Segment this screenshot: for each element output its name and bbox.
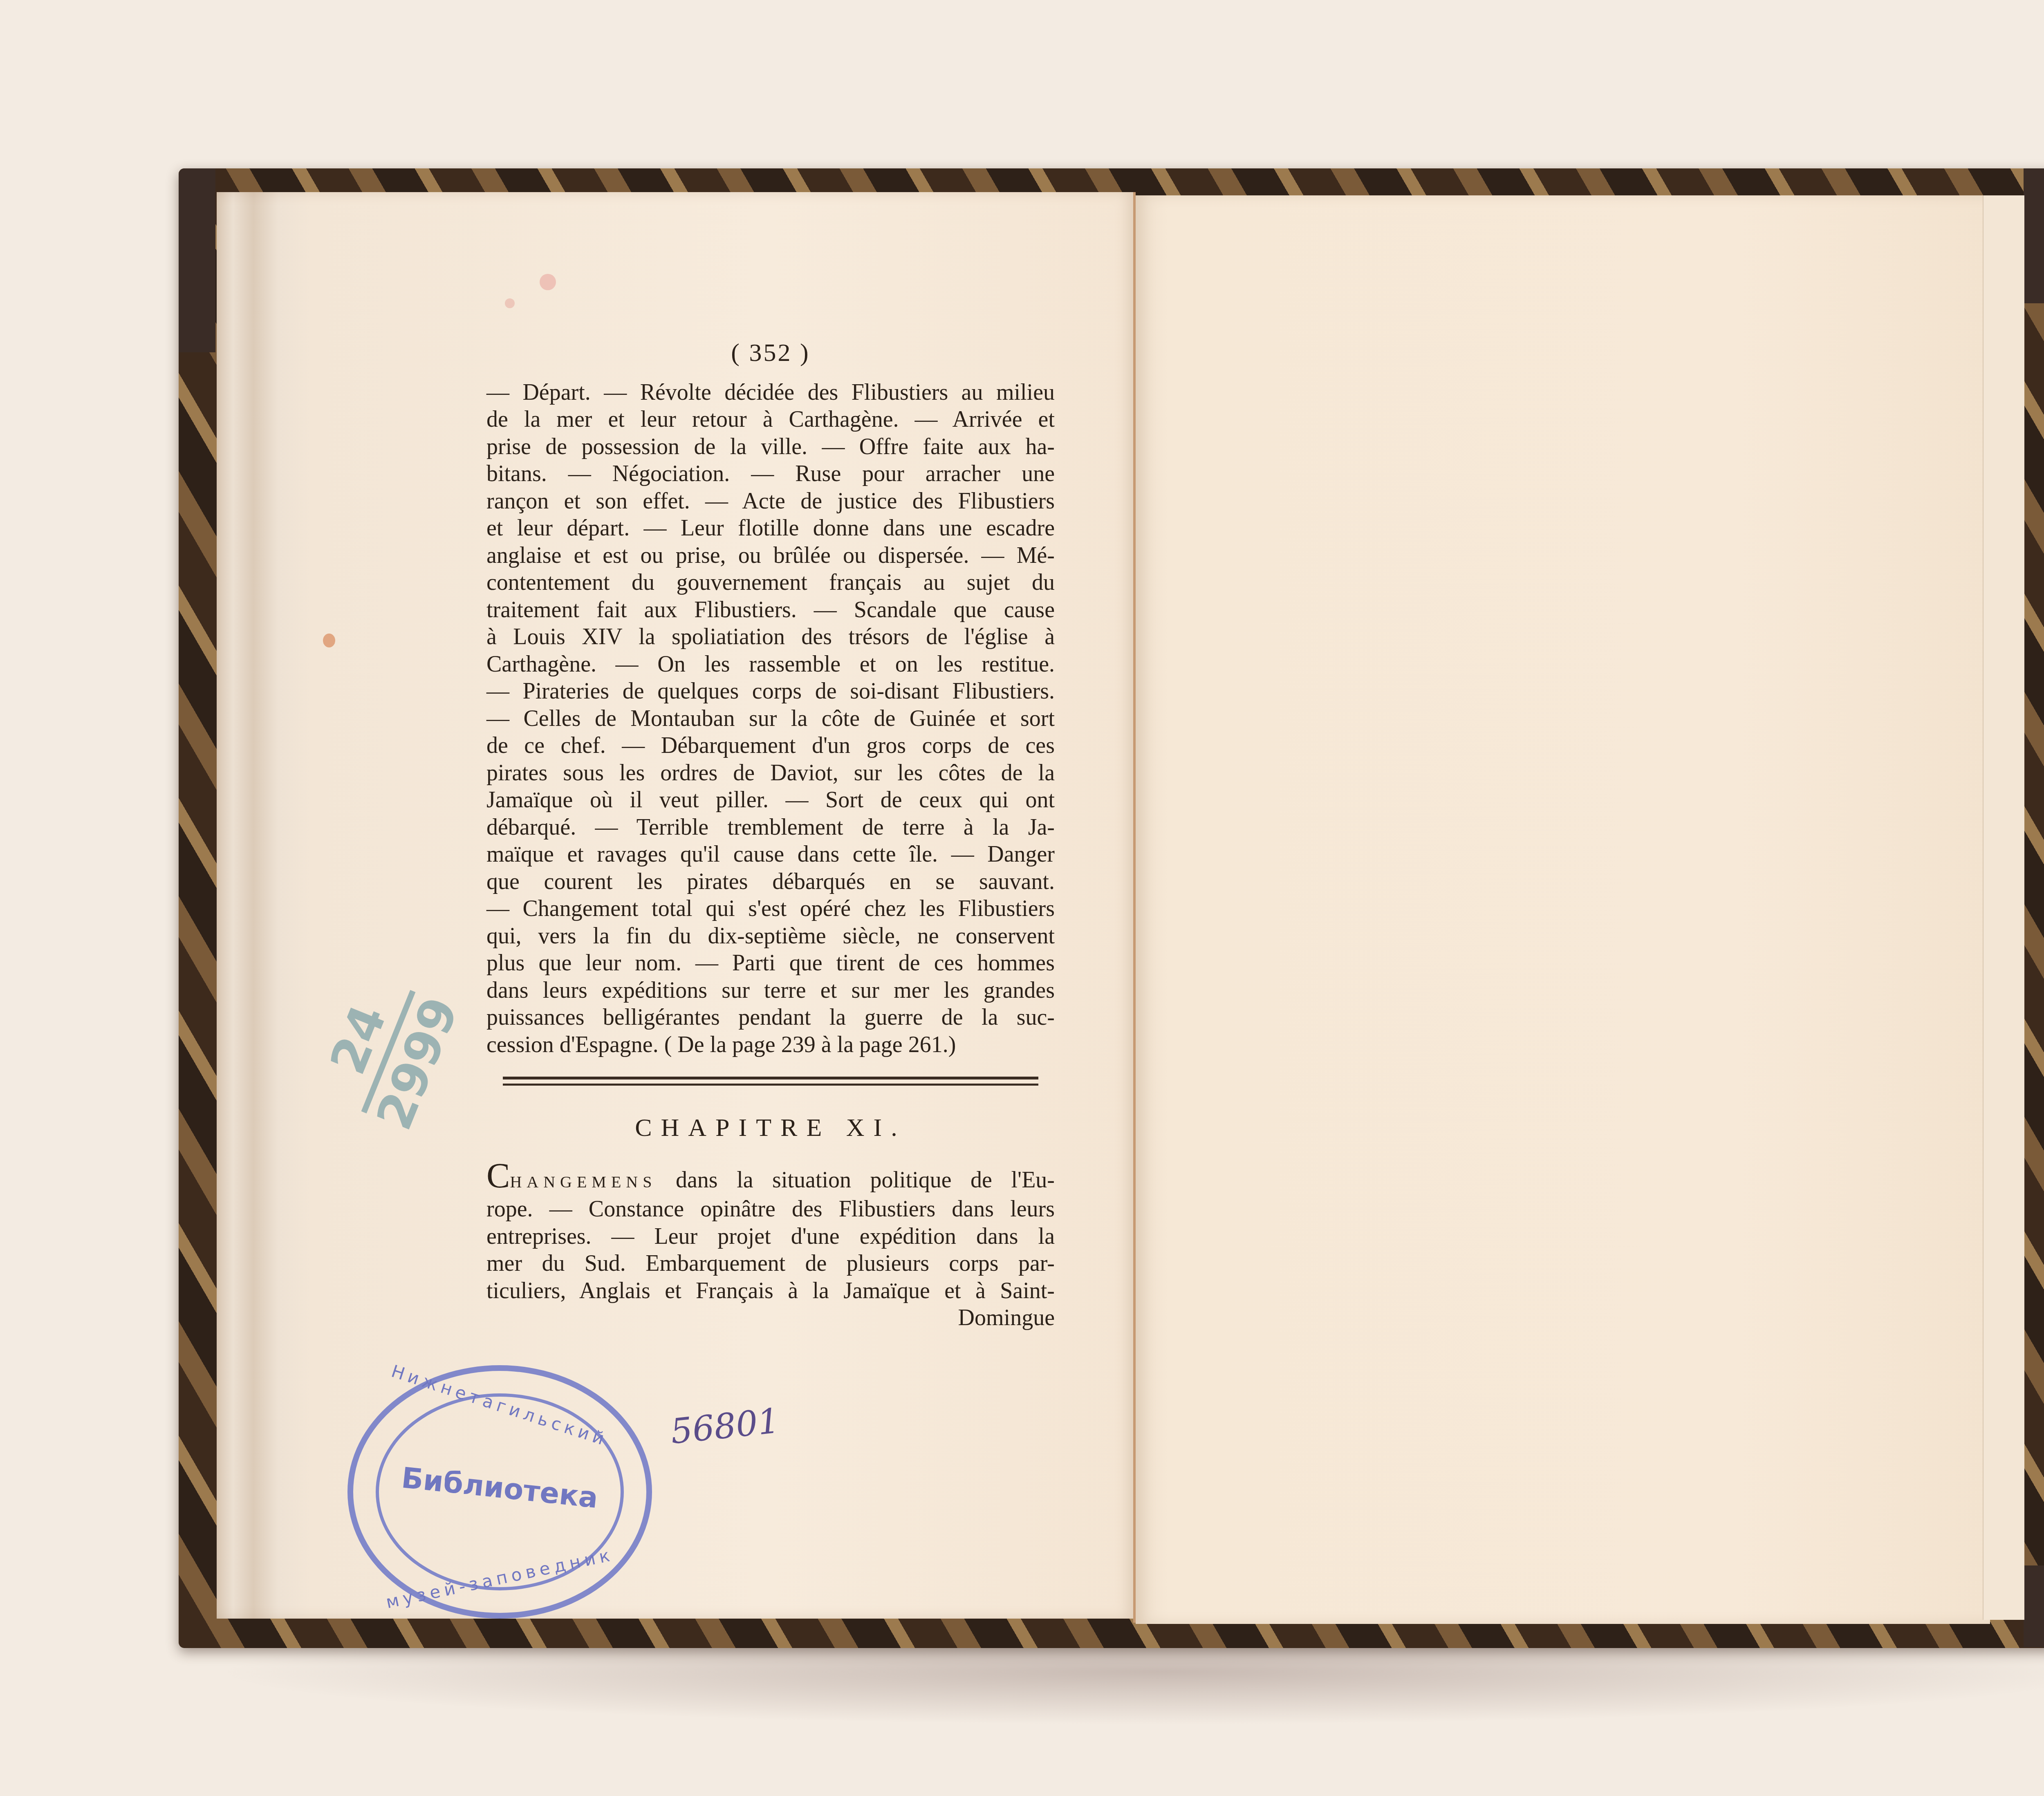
left-page-text: ( 352 ) — Départ. — Révolte décidée des … (486, 339, 1055, 1332)
summary-line: — Départ. — Révolte décidée des Flibusti… (486, 379, 1055, 406)
double-rule-divider (503, 1077, 1038, 1086)
summary-line: cession d'Espagne. ( De la page 239 à la… (486, 1031, 1055, 1059)
library-stamp: Нижнетагильский Библиотека музей-заповед… (347, 1365, 652, 1619)
chapter-summary: — Départ. — Révolte décidée des Flibusti… (486, 379, 1055, 1059)
foxing-spot (540, 274, 556, 290)
chapter-line: ticuliers, Anglais et Français à la Jama… (486, 1277, 1055, 1305)
chapter-line: entreprises. — Leur projet d'une expédit… (486, 1223, 1055, 1250)
summary-line: pirates sous les ordres de Daviot, sur l… (486, 759, 1055, 787)
drop-cap: C (486, 1156, 510, 1195)
summary-line: qui, vers la fin du dix-septième siècle,… (486, 923, 1055, 950)
summary-line: à Louis XIV la spoliatiation des trésors… (486, 623, 1055, 651)
summary-line: maïque et ravages qu'il cause dans cette… (486, 841, 1055, 868)
cover-corner-bottom-right (2024, 1565, 2044, 1647)
chapter-line: rope. — Constance opinâtre des Flibustie… (486, 1196, 1055, 1223)
first-line-rest: dans la situation politique de l'Eu- (657, 1167, 1055, 1193)
chapter-heading: CHAPITRE XI. (486, 1114, 1055, 1142)
summary-line: débarqué. — Terrible tremblement de terr… (486, 814, 1055, 841)
summary-line: contentement du gouvernement français au… (486, 569, 1055, 596)
summary-line: anglaise et est ou prise, ou brûlée ou d… (486, 542, 1055, 569)
summary-line: — Celles de Montauban sur la côte de Gui… (486, 705, 1055, 732)
summary-line: — Changement total qui s'est opéré chez … (486, 895, 1055, 923)
summary-line: rançon et son effet. — Acte de justice d… (486, 488, 1055, 515)
summary-line: puissances belligérantes pendant la guer… (486, 1004, 1055, 1031)
flyleaf-edge (1983, 195, 2024, 1620)
cover-corner-top-left (179, 168, 215, 352)
foxing-spot (323, 634, 335, 647)
summary-line: Carthagène. — On les rassemble et on les… (486, 651, 1055, 678)
small-caps-word: HANGEMENS (510, 1173, 657, 1191)
summary-line: et leur départ. — Leur flotille donne da… (486, 515, 1055, 542)
chapter-line: mer du Sud. Embarquement de plusieurs co… (486, 1250, 1055, 1277)
catchword: Domingue (486, 1304, 1055, 1332)
summary-line: de ce chef. — Débarquement d'un gros cor… (486, 732, 1055, 759)
cover-corner-top-right (2024, 168, 2044, 303)
book-gutter (1133, 192, 1136, 1623)
chapter-summary-xi: CHANGEMENS dans la situation politique d… (486, 1162, 1055, 1332)
summary-line: de la mer et leur retour à Carthagène. —… (486, 406, 1055, 433)
page-number: ( 352 ) (486, 339, 1055, 367)
right-page-blank (1136, 195, 1990, 1624)
summary-line: Jamaïque où il veut piller. — Sort de ce… (486, 786, 1055, 814)
summary-line: bitans. — Négociation. — Ruse pour arrac… (486, 460, 1055, 488)
foxing-spot (505, 298, 515, 308)
summary-line: dans leurs expéditions sur terre et sur … (486, 977, 1055, 1004)
chapter-first-line: CHANGEMENS dans la situation politique d… (486, 1162, 1055, 1196)
summary-line: prise de possession de la ville. — Offre… (486, 433, 1055, 461)
summary-line: — Pirateries de quelques corps de soi-di… (486, 678, 1055, 705)
summary-line: plus que leur nom. — Parti que tirent de… (486, 950, 1055, 977)
summary-line: que courent les pirates débarqués en se … (486, 868, 1055, 896)
summary-line: traitement fait aux Flibustiers. — Scand… (486, 596, 1055, 624)
